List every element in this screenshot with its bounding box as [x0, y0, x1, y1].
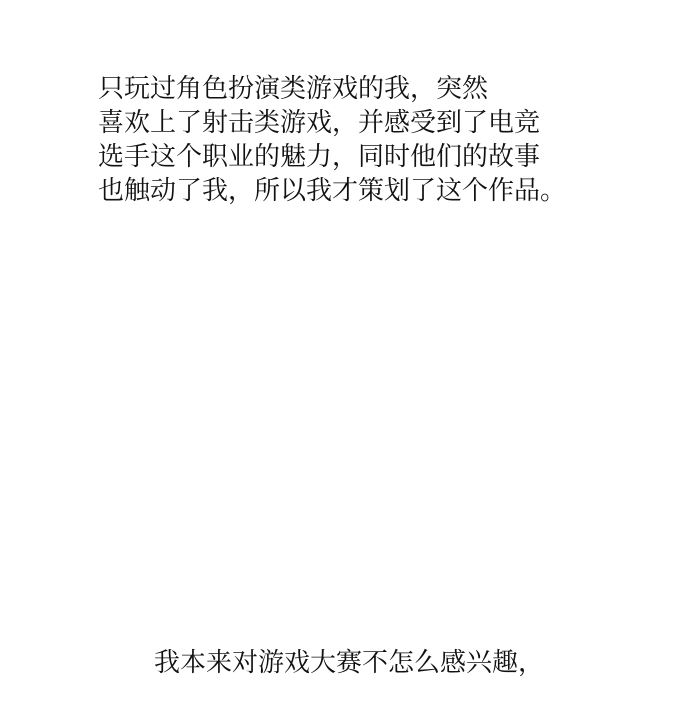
narration-bottom: 我本来对游戏大赛不怎么感兴趣，: [0, 646, 690, 680]
narration-line: 我本来对游戏大赛不怎么感兴趣，: [0, 646, 690, 680]
narration-line: 也触动了我，所以我才策划了这个作品。: [98, 174, 658, 208]
narration-line: 选手这个职业的魅力，同时他们的故事: [98, 140, 658, 174]
narration-top: 只玩过角色扮演类游戏的我，突然 喜欢上了射击类游戏，并感受到了电竞 选手这个职业…: [98, 72, 658, 208]
narration-line: 只玩过角色扮演类游戏的我，突然: [98, 72, 658, 106]
narration-line: 喜欢上了射击类游戏，并感受到了电竞: [98, 106, 658, 140]
